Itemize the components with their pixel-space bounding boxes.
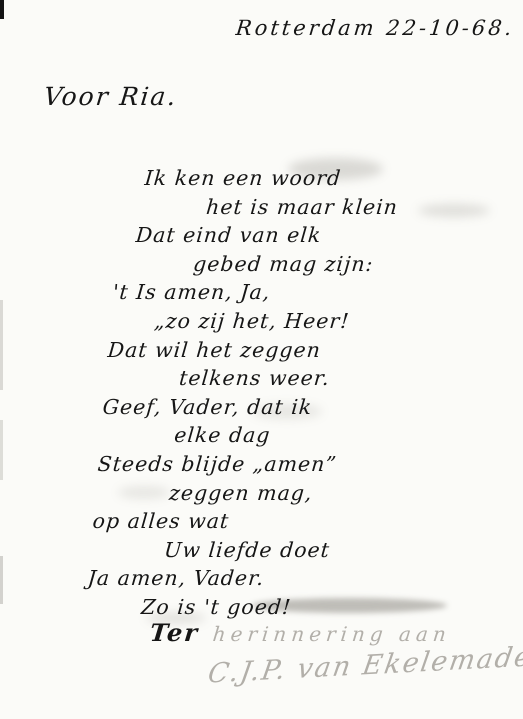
scan-edge-mark — [0, 556, 3, 604]
poem-line: Dat eind van elk — [109, 221, 397, 250]
closing-rest: herinnering aan — [212, 622, 453, 646]
signature: C.J.P. van Ekelemade — [206, 641, 523, 689]
closing-lead: Ter — [148, 618, 200, 647]
poem-line: 't Is amen, Ja, — [104, 278, 392, 307]
poem-line: Dat wil het zeggen — [99, 336, 387, 365]
poem-line: gebed mag zijn: — [106, 250, 394, 279]
dateline: Rotterdam 22-10-68. — [235, 16, 516, 40]
poem-line: telkens weer. — [96, 364, 384, 393]
poem-line: op alles wat — [83, 507, 371, 536]
poem-line: Uw liefde doet — [81, 536, 369, 565]
poem-line: elke dag — [91, 421, 379, 450]
poem-line: Ik ken een woord — [114, 164, 402, 193]
scan-edge-mark — [0, 300, 3, 390]
poem-line: het is maar klein — [111, 193, 399, 222]
poem-line: „zo zij het, Heer! — [101, 307, 389, 336]
poem-line: Geef, Vader, dat ik — [93, 393, 381, 422]
scan-edge-mark — [0, 420, 3, 480]
poem-line: Ja amen, Vader. — [78, 564, 366, 593]
ink-smudge — [418, 204, 490, 217]
salutation: Voor Ria. — [42, 82, 178, 111]
scan-artifact-mark — [0, 0, 4, 19]
poem: Ik ken een woord het is maar klein Dat e… — [76, 164, 402, 622]
poem-line: Steeds blijde „amen” — [88, 450, 376, 479]
poem-line: zeggen mag, — [86, 479, 374, 508]
scanned-letter-page: Rotterdam 22-10-68. Voor Ria. Ik ken een… — [0, 0, 523, 719]
closing-line: Terherinnering aan — [148, 618, 452, 647]
